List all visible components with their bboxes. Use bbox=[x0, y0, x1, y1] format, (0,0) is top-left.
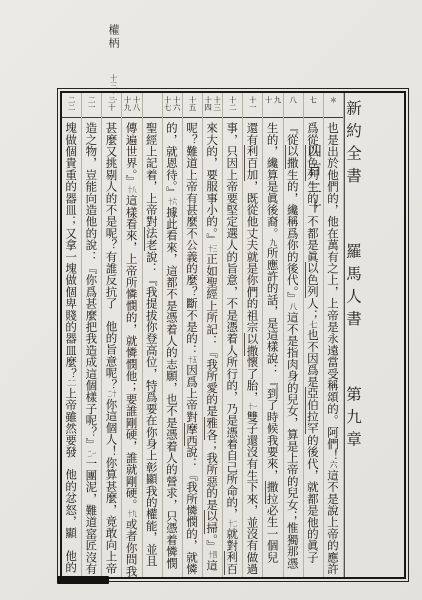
verse-number-header: 九十 bbox=[263, 93, 282, 118]
verse-text: 聖經上記着，上帝對法老說：『我提拔你登高位，特爲要在你身上彰顯我的權能，並且叫我… bbox=[143, 118, 162, 577]
text-run: 懷了胎， bbox=[245, 356, 259, 403]
text-run: 生的，纔稱爲你的後代。』 bbox=[286, 169, 300, 304]
text-column: 十五呢？難道上帝有甚麼不公義的麼？斷不是的：十五因爲上帝對摩西說：『我所憐憫的，… bbox=[183, 93, 203, 577]
margin-note-term: 權柄 bbox=[107, 24, 120, 50]
verse-number: 十五 bbox=[188, 96, 197, 117]
text-run: 。』 bbox=[205, 534, 219, 552]
verse-number: 十三 bbox=[213, 96, 222, 117]
text-run: 造之物，豈能向造他的說：『你爲甚麼把我造成這個樣子呢？』 bbox=[84, 122, 98, 450]
text-column: 十八十九傳遍世界。』十八這樣看來，上帝所憐憫的，就憐憫他；要誰剛硬，誰就剛硬。十… bbox=[122, 93, 142, 577]
text-run: 的，就恩待。』 bbox=[165, 122, 179, 198]
text-run: 聖經上記着，上帝對 bbox=[145, 122, 159, 227]
verse-text: 生的，纔算是眞後裔。九所應許的話，是這樣說：『到了時候我要來，撒拉必生一個兒子。… bbox=[263, 118, 282, 577]
verse-text: 事，只因上帝要堅定選人的旨意，不是憑着人所行的，乃是憑着自己所命的，十二就對利百… bbox=[223, 118, 242, 577]
text-run: 塊做個貴重的器皿；又拿一塊做個卑賤的器皿麼？ bbox=[64, 122, 78, 379]
text-column: 十六十七的，就恩待。』十六據此看來，這都不是憑着人的志願，也不是憑着人的營求，只… bbox=[163, 93, 183, 577]
text-column: 二十甚麼又挑剔人的不是呢？有誰反抗了他的旨意呢？二十你這個人！你算甚麼，竟敢向上… bbox=[102, 93, 122, 577]
verse-text: 的，就恩待。』十六據此看來，這都不是憑着人的志願，也不是憑着人的營求，只憑着憐憫… bbox=[163, 118, 182, 577]
honorific-space bbox=[71, 539, 72, 550]
verse-number: 九 bbox=[273, 96, 282, 117]
honorific-space bbox=[111, 309, 112, 320]
verse-text: 塊做個貴重的器皿；又拿一塊做個卑賤的器皿麼？二二上帝雖然要發他的忿怒，顯他的權能… bbox=[62, 118, 81, 577]
text-column: 二一造之物，豈能向造他的說：『你爲甚麼把我造成這個樣子呢？』二一一團泥，難道窰匠… bbox=[82, 93, 102, 577]
text-column: 十二事，只因上帝要堅定選人的旨意，不是憑着人所行的，乃是憑着自己所命的，十二就對… bbox=[223, 93, 243, 577]
chapter-title: 第九章 bbox=[344, 386, 362, 454]
verse-number: 二十 bbox=[107, 96, 116, 117]
verse-number-header: 二二 bbox=[62, 93, 81, 118]
text-run: 還有 bbox=[245, 122, 259, 145]
proper-noun-mark: 撒拉 bbox=[265, 481, 280, 504]
verse-text: 來大的，要服事小的。』十三正如聖經上所記：『我所愛的是雅各；我所惡的是以掃。』十… bbox=[203, 118, 222, 577]
text-columns: ＊也是出於他們的，他在萬有之上，上帝是永遠當受稱頌的。阿們！六這不是說上帝的應許… bbox=[62, 93, 344, 577]
verse-number: 十二 bbox=[228, 96, 237, 117]
text-run: 『從 bbox=[286, 122, 300, 145]
text-run: 他的旨意呢？ bbox=[104, 320, 118, 390]
verse-number-header: 十八十九 bbox=[122, 93, 141, 118]
text-column: 九十生的，纔算是眞後裔。九所應許的話，是這樣說：『到了時候我要來，撒拉必生一個兒… bbox=[263, 93, 283, 577]
section-title: 羅馬人書 bbox=[344, 243, 362, 333]
text-run: 甚麼又挑剔人的不是呢？有誰反抗了 bbox=[104, 122, 118, 309]
page-number: 四百二十 bbox=[303, 144, 323, 218]
verse-text: 傳遍世界。』十八這樣看來，上帝所憐憫的，就憐憫他；要誰剛硬，誰就剛硬。十九或者你… bbox=[122, 118, 141, 577]
text-run: 呢？難道上帝有甚麼不公義的麼？斷不是的： bbox=[185, 122, 199, 356]
text-run: 也不因爲是 bbox=[306, 329, 320, 388]
verse-number: 二二 bbox=[67, 96, 76, 117]
proper-noun-mark: 以色列 bbox=[305, 262, 320, 297]
text-run: 生的，纔算是眞後裔。 bbox=[266, 122, 280, 239]
honorific-space bbox=[71, 458, 72, 469]
verse-number-header: 十六十七 bbox=[163, 93, 182, 118]
verse-number: 十九 bbox=[123, 96, 132, 117]
verse-number-header: 十一 bbox=[243, 93, 262, 118]
proper-noun-mark: 以撒 bbox=[244, 333, 259, 356]
verse-text: 還有利百加，既從他丈夫就是你們的祖宗以撒懷了胎，十一雙子還沒有生下來，並沒有做過… bbox=[243, 118, 262, 577]
proper-noun-mark: 利百加 bbox=[244, 145, 259, 180]
inline-verse-number: 十一 bbox=[248, 403, 257, 411]
text-run: 正如聖經上所記：『我所愛的是 bbox=[205, 253, 219, 417]
verse-number: 十 bbox=[264, 96, 273, 117]
proper-noun-mark: 法老 bbox=[144, 227, 159, 250]
verse-text: 『從以撒生的，纔稱爲你的後代。』八這不是指肉身的兒女，算是上帝的兒女；惟獨那憑着… bbox=[284, 118, 303, 577]
verse-text: 呢？難道上帝有甚麼不公義的麼？斷不是的：十五因爲上帝對摩西說：『我所憐憫的，就憐… bbox=[183, 118, 202, 577]
page-frame-inner: 新約全書 羅馬人書 第九章 四百二十 ＊也是出於他們的，他在萬有之上，上帝是永遠… bbox=[60, 91, 406, 579]
verse-text: 造之物，豈能向造他的說：『你爲甚麼把我造成這個樣子呢？』二一一團泥，難道窰匠沒有… bbox=[82, 118, 101, 577]
text-run: 人； bbox=[306, 298, 320, 321]
text-run: 所應許的話，是這樣說：『到了時候我要來， bbox=[266, 247, 280, 481]
inline-verse-number: 十五 bbox=[188, 356, 197, 364]
text-run: 來大的，要服事小的。』 bbox=[205, 122, 219, 245]
verse-number-header: 十五 bbox=[183, 93, 202, 118]
text-run: ；我所惡的是 bbox=[205, 440, 219, 510]
text-column: 聖經上記着，上帝對法老說：『我提拔你登高位，特爲要在你身上彰顯我的權能，並且叫我… bbox=[143, 93, 163, 577]
verse-text: 甚麼又挑剔人的不是呢？有誰反抗了他的旨意呢？二十你這個人！你算甚麼，竟敢向上帝強… bbox=[102, 118, 121, 577]
verse-number-header: 二十 bbox=[102, 93, 121, 118]
text-run: 上帝雖然要發 bbox=[64, 387, 78, 457]
proper-noun-mark: 摩西 bbox=[184, 423, 199, 446]
book-title: 新約全書 bbox=[344, 100, 362, 190]
verse-number-header: 十三十四 bbox=[203, 93, 222, 118]
verse-number-header: 二一 bbox=[82, 93, 101, 118]
text-column: 八『從以撒生的，纔稱爲你的後代。』八這不是指肉身的兒女，算是上帝的兒女；惟獨那憑… bbox=[284, 93, 304, 577]
verse-number: 二一 bbox=[87, 96, 96, 117]
text-run: 他的忿怒，顯 bbox=[64, 469, 78, 539]
inline-verse-number: 十六 bbox=[168, 198, 177, 206]
inline-verse-number: 七 bbox=[309, 321, 318, 329]
verse-number: 十四 bbox=[204, 96, 213, 117]
text-run: ，既從他丈夫就是你們的祖宗 bbox=[245, 181, 259, 333]
proper-noun-mark: 以掃 bbox=[204, 510, 219, 533]
text-column: 十一還有利百加，既從他丈夫就是你們的祖宗以撒懷了胎，十一雙子還沒有生下來，並沒有… bbox=[243, 93, 263, 577]
text-run: 就對 bbox=[225, 528, 239, 551]
proper-noun-mark: 以撒 bbox=[285, 145, 300, 168]
text-run: 這樣看來，上帝所憐憫的，就憐憫他；要誰剛硬，誰就剛硬。 bbox=[125, 194, 139, 510]
verse-number: 八 bbox=[289, 96, 298, 117]
text-run: 事，只因上帝要堅定選人的旨意，不是憑着人所行的，乃是憑着自己所命的， bbox=[225, 122, 239, 520]
proper-noun-mark: 亞伯拉罕 bbox=[305, 387, 320, 434]
page-frame: 新約全書 羅馬人書 第九章 四百二十 ＊也是出於他們的，他在萬有之上，上帝是永遠… bbox=[57, 88, 409, 582]
inline-verse-number: 十二 bbox=[228, 520, 237, 528]
verse-number: 十八 bbox=[132, 96, 141, 117]
proper-noun-mark: 雅各 bbox=[204, 417, 219, 440]
binding-mark bbox=[57, 576, 109, 584]
verse-number: 十七 bbox=[163, 96, 172, 117]
title-column: 新約全書 羅馬人書 第九章 四百二十 bbox=[344, 93, 404, 577]
verse-number-header bbox=[143, 93, 162, 118]
text-run: 因爲上帝對 bbox=[185, 364, 199, 423]
inline-verse-number: 九 bbox=[269, 239, 278, 247]
verse-number-header: 十二 bbox=[223, 93, 242, 118]
text-run: 傳遍世界。』 bbox=[125, 122, 139, 186]
verse-number: 十一 bbox=[248, 96, 257, 117]
text-column: 十三十四來大的，要服事小的。』十三正如聖經上所記：『我所愛的是雅各；我所惡的是以… bbox=[203, 93, 223, 577]
text-column: 二二塊做個貴重的器皿；又拿一塊做個卑賤的器皿麼？二二上帝雖然要發他的忿怒，顯他的… bbox=[62, 93, 82, 577]
verse-number-header: 八 bbox=[284, 93, 303, 118]
inline-verse-number: 二一 bbox=[87, 450, 96, 458]
verse-number: 十六 bbox=[172, 96, 181, 117]
inline-verse-number: 十三 bbox=[208, 245, 217, 253]
